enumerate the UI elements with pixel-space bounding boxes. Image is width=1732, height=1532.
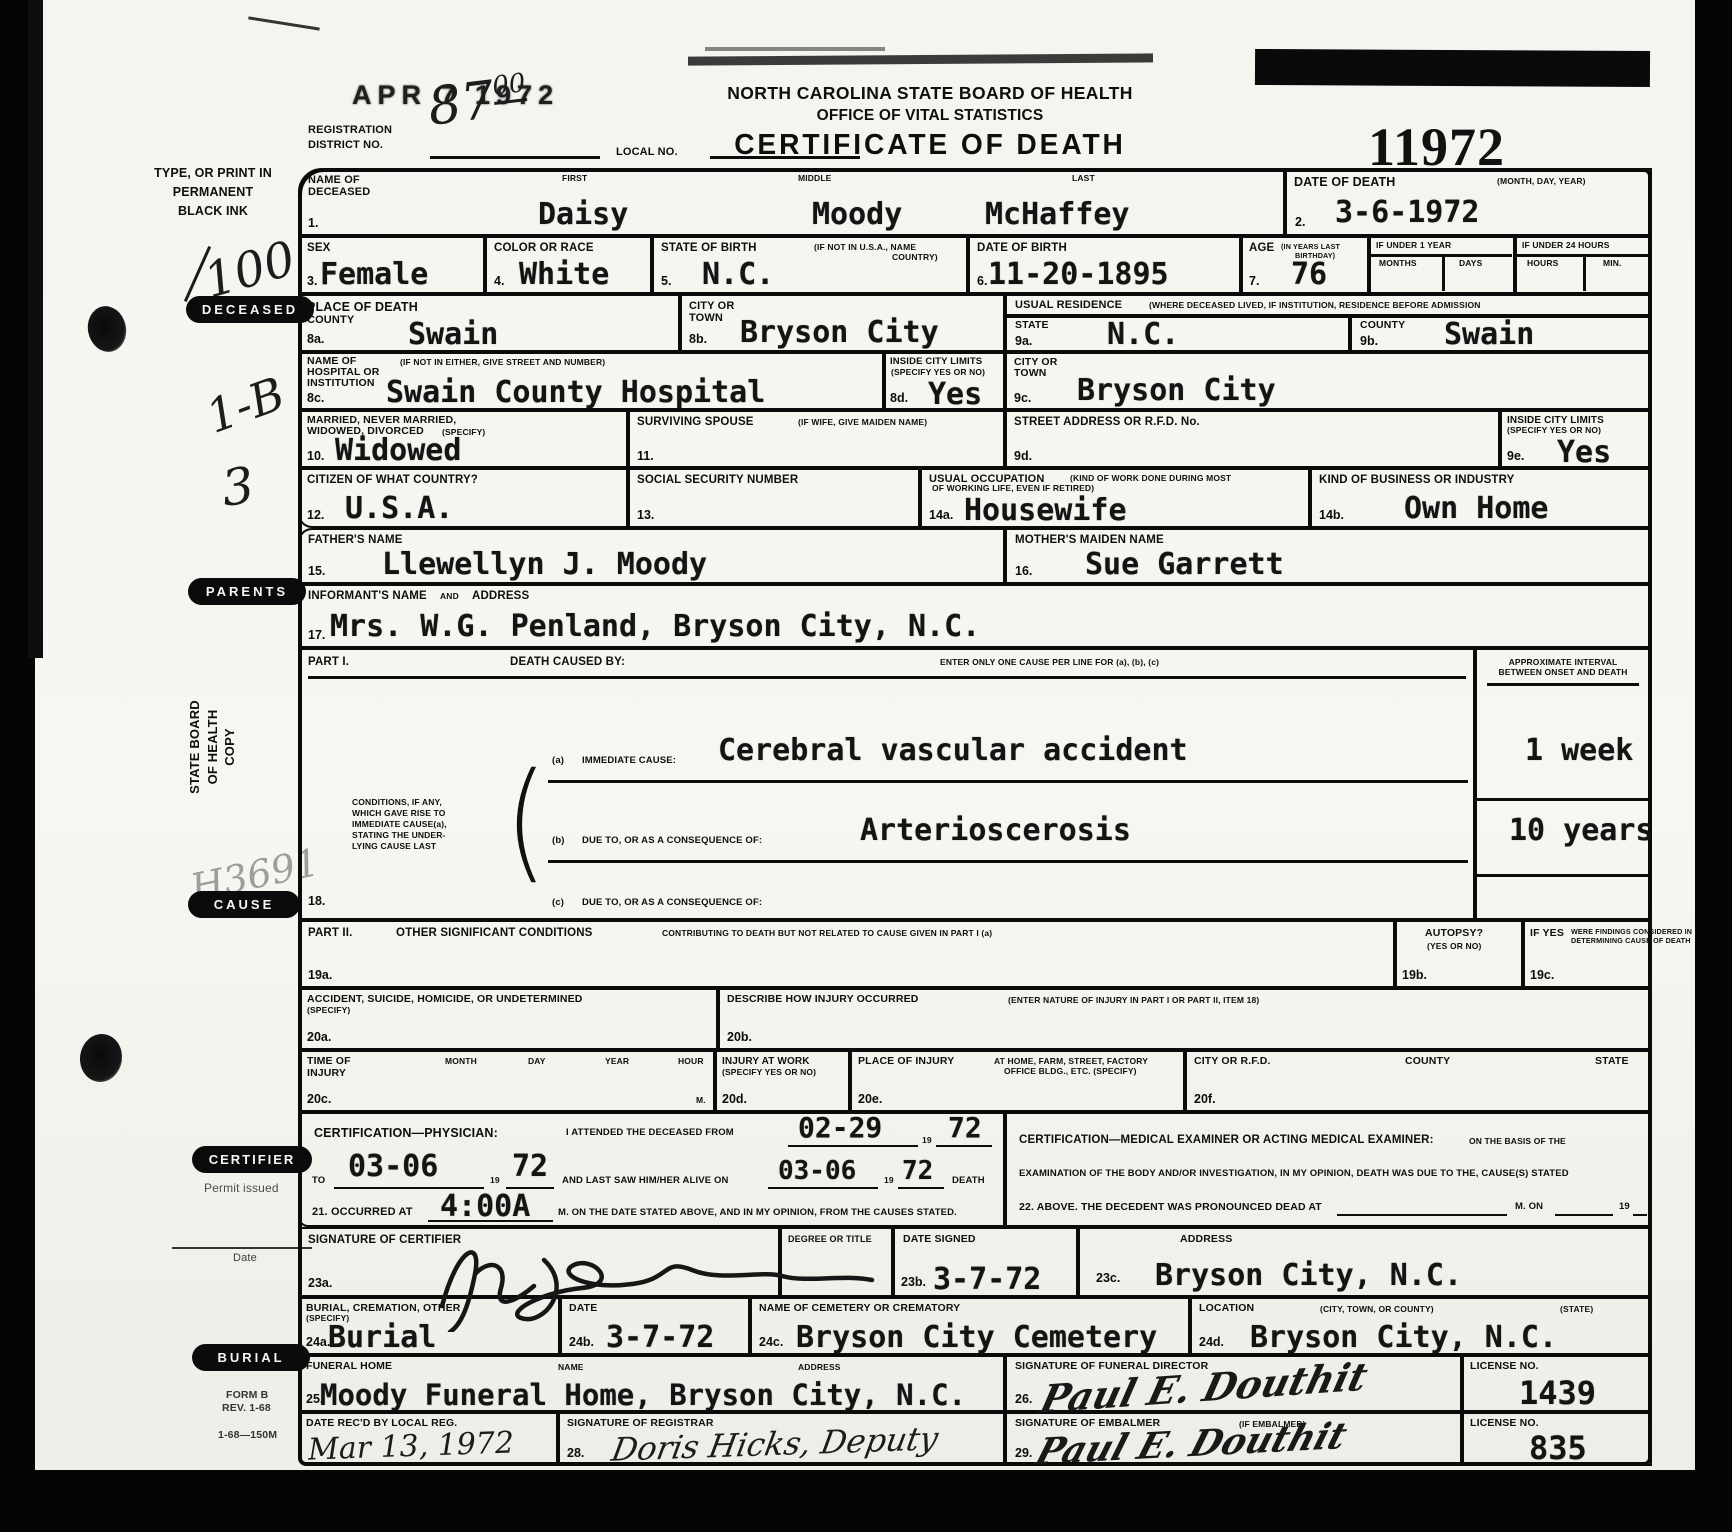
form-number-line2: REV. 1-68 [222, 1403, 271, 1415]
findings-number: 19c. [1530, 968, 1554, 982]
findings-sub1: WERE FINDINGS CONSIDERED IN [1571, 928, 1692, 936]
license2-value: 835 [1529, 1432, 1587, 1464]
redaction-bar [1255, 49, 1650, 87]
field-citizen: CITIZEN OF WHAT COUNTRY? 12. U.S.A. [298, 468, 628, 528]
certification-medical-examiner: CERTIFICATION—MEDICAL EXAMINER OR ACTING… [1005, 1112, 1652, 1227]
margin-date-line [172, 1247, 312, 1249]
me-basis: ON THE BASIS OF THE [1469, 1137, 1566, 1147]
tab-cause: CAUSE [188, 891, 300, 918]
causeA-line [548, 780, 1468, 783]
part1-enter-note: ENTER ONLY ONE CAUSE PER LINE FOR (a), (… [940, 658, 1159, 668]
interval-divider1 [1477, 798, 1649, 801]
field-inside-city-8d: INSIDE CITY LIMITS (SPECIFY YES OR NO) 8… [884, 352, 1005, 410]
interval-header2: BETWEEN ONSET AND DEATH [1477, 668, 1649, 678]
injury-work-label: INJURY AT WORK [722, 1056, 810, 1067]
conditions-line5: LYING CAUSE LAST [352, 842, 436, 852]
cert-from-value: 02-29 [798, 1114, 882, 1142]
copy-designation: STATE BOARD OF HEALTH COPY [158, 672, 268, 822]
cemetery-location-label: LOCATION [1199, 1303, 1254, 1315]
certifier-signature [420, 1232, 900, 1332]
age-value: 76 [1291, 260, 1327, 290]
county8a-number: 8a. [307, 332, 324, 346]
name-label2: DECEASED [308, 186, 370, 198]
city8b-label1: CITY OR [689, 300, 734, 312]
part1-caused-by: DEATH CAUSED BY: [510, 656, 625, 669]
tab-deceased: DECEASED [186, 296, 314, 323]
citizen-label: CITIZEN OF WHAT COUNTRY? [307, 474, 478, 487]
part2-sub: CONTRIBUTING TO DEATH BUT NOT RELATED TO… [662, 929, 992, 939]
field-injury-location: CITY OR R.F.D. COUNTY STATE 20f. [1185, 1050, 1652, 1112]
field-name: NAME OF DECEASED FIRST MIDDLE LAST 1. Da… [298, 168, 1285, 236]
certification-physician: CERTIFICATION—PHYSICIAN: I ATTENDED THE … [298, 1112, 1005, 1227]
name-label1: NAME OF [308, 174, 360, 186]
cert-phys-label: CERTIFICATION—PHYSICIAN: [314, 1126, 498, 1140]
informant-value: Mrs. W.G. Penland, Bryson City, N.C. [330, 612, 980, 642]
hosp-sub: (IF NOT IN EITHER, GIVE STREET AND NUMBE… [400, 358, 605, 368]
field-business: KIND OF BUSINESS OR INDUSTRY 14b. Own Ho… [1310, 468, 1652, 528]
cert-to-19: 19 [490, 1176, 500, 1186]
causeA-value: Cerebral vascular accident [718, 736, 1188, 766]
cert-saw-label: AND LAST SAW HIM/HER ALIVE ON [562, 1176, 729, 1187]
how-injury-number: 20b. [727, 1030, 752, 1044]
spouse-number: 11. [637, 449, 654, 463]
mother-number: 16. [1015, 564, 1032, 578]
race-label: COLOR OR RACE [494, 242, 594, 255]
u24-label: IF UNDER 24 HOURS [1522, 241, 1610, 251]
sob-label: STATE OF BIRTH [661, 242, 757, 255]
conditions-line4: STATING THE UNDER- [352, 831, 446, 841]
field-registrar-signature: SIGNATURE OF REGISTRAR 28. Doris Hicks, … [558, 1412, 1005, 1466]
causeB-value: Arterioscerosis [860, 816, 1131, 846]
father-value: Llewellyn J. Moody [382, 550, 707, 580]
dod-sub: (MONTH, DAY, YEAR) [1497, 177, 1586, 187]
field-license2: LICENSE NO. 835 [1462, 1412, 1652, 1466]
how-injury-sub: (ENTER NATURE OF INJURY IN PART I OR PAR… [1008, 996, 1259, 1006]
city8b-value: Bryson City [740, 318, 939, 348]
field-state9a: STATE 9a. N.C. [1005, 316, 1350, 352]
date-signed-value: 3-7-72 [933, 1265, 1041, 1295]
cert-saw-19: 19 [884, 1176, 894, 1186]
form-title-block: NORTH CAROLINA STATE BOARD OF HEALTH OFF… [650, 84, 1210, 161]
form-number-line3: 1-68—150M [218, 1430, 277, 1442]
dob-number: 6. [977, 274, 987, 288]
autopsy-number: 19b. [1402, 968, 1427, 982]
date-signed-label: DATE SIGNED [903, 1234, 976, 1246]
ink-instruction-line1: TYPE, OR PRINT IN [150, 166, 276, 180]
registration-label-line2: DISTRICT NO. [308, 139, 383, 151]
cemetery-location-number: 24d. [1199, 1335, 1224, 1349]
age-number: 7. [1249, 274, 1259, 288]
registration-label-line1: REGISTRATION [308, 124, 392, 136]
part2-label: PART II. [308, 927, 352, 940]
cert-saw-year-line [898, 1187, 944, 1189]
icl9e-number: 9e. [1507, 449, 1524, 463]
county9b-number: 9b. [1360, 334, 1378, 348]
field-injury-at-work: INJURY AT WORK (SPECIFY YES OR NO) 20d. [715, 1050, 850, 1112]
title-line2: OFFICE OF VITAL STATISTICS [650, 107, 1210, 124]
field-mother: MOTHER'S MAIDEN NAME 16. Sue Garrett [1005, 528, 1652, 584]
tab-certifier: CERTIFIER [192, 1146, 312, 1173]
registration-district-main: 87 [425, 70, 498, 138]
injury-work-number: 20d. [722, 1092, 747, 1106]
u1-months-label: MONTHS [1379, 259, 1417, 269]
cert-from-line [788, 1145, 918, 1147]
funeral-home-value: Moody Funeral Home, Bryson City, N.C. [320, 1381, 966, 1410]
copy-line2: OF HEALTH [206, 672, 221, 822]
name-number: 1. [308, 216, 318, 230]
part1-number18: 18. [308, 894, 325, 908]
time-injury-month: MONTH [445, 1057, 477, 1067]
occ-sub1: (KIND OF WORK DONE DURING MOST [1070, 474, 1231, 484]
field-father: FATHER'S NAME 15. Llewellyn J. Moody [298, 528, 1005, 584]
copy-line1: STATE BOARD [188, 672, 203, 822]
black-band-bottom [0, 1470, 1732, 1532]
cert-time-line [428, 1220, 553, 1222]
tab-burial: BURIAL [192, 1344, 310, 1371]
accident-sub: (SPECIFY) [307, 1006, 350, 1016]
me-line3: 22. ABOVE. THE DECEDENT WAS PRONOUNCED D… [1019, 1202, 1322, 1214]
cert-saw-value: 03-06 [778, 1158, 856, 1184]
age-sub1: (IN YEARS LAST [1281, 243, 1340, 251]
permit-issued-note: Permit issued [204, 1182, 279, 1195]
mother-value: Sue Garrett [1085, 550, 1284, 580]
death-certificate-scan: APR 7 1972 REGISTRATION DISTRICT NO. 870… [0, 0, 1732, 1532]
field-cemetery-location: LOCATION (CITY, TOWN, OR COUNTY) (STATE)… [1190, 1297, 1652, 1355]
dod-value: 3-6-1972 [1335, 198, 1480, 228]
registrar-number: 28. [567, 1446, 584, 1460]
name-col-first: FIRST [562, 174, 587, 184]
sob-value: N.C. [702, 260, 774, 290]
field-race: COLOR OR RACE 4. White [485, 236, 652, 294]
city9c-value: Bryson City [1077, 376, 1276, 406]
license1-label: LICENSE NO. [1470, 1361, 1539, 1373]
state9a-number: 9a. [1015, 334, 1032, 348]
field-occupation: USUAL OCCUPATION (KIND OF WORK DONE DURI… [920, 468, 1310, 528]
field-autopsy: AUTOPSY? (YES OR NO) 19b. [1395, 920, 1523, 988]
usual-residence-header: USUAL RESIDENCE (WHERE DECEASED LIVED, I… [1005, 294, 1652, 316]
hosp-value: Swain County Hospital [386, 378, 765, 408]
county8a-label: COUNTY [307, 314, 354, 326]
time-injury-label1: TIME OF [307, 1056, 351, 1068]
spouse-sub: (IF WIFE, GIVE MAIDEN NAME) [798, 418, 927, 428]
field-license1: LICENSE NO. 1439 [1462, 1355, 1652, 1412]
city9c-label2: TOWN [1014, 368, 1047, 380]
dod-label: DATE OF DEATH [1294, 175, 1395, 189]
field-funeral-home: FUNERAL HOME NAME ADDRESS 25. Moody Fune… [298, 1355, 1005, 1412]
pod-label: PLACE OF DEATH [307, 300, 418, 314]
icl8d-number: 8d. [890, 391, 908, 405]
occ-value: Housewife [964, 496, 1127, 526]
funeral-home-label: FUNERAL HOME [306, 1361, 392, 1373]
conditions-line2: WHICH GAVE RISE TO [352, 809, 446, 819]
burial-type-number: 24a. [306, 1335, 330, 1349]
conditions-line1: CONDITIONS, IF ANY, [352, 798, 442, 808]
cert-from-year: 72 [948, 1114, 982, 1142]
conditions-brace: ( [505, 757, 547, 887]
certifier-address-value: Bryson City, N.C. [1155, 1261, 1462, 1291]
ink-instruction: TYPE, OR PRINT IN PERMANENT BLACK INK [150, 166, 276, 218]
interval-a-value: 1 week [1525, 736, 1633, 766]
field-place-of-death-county: PLACE OF DEATH COUNTY 8a. Swain [298, 294, 680, 352]
copy-line3: COPY [223, 672, 238, 822]
funeral-director-number: 26. [1015, 1392, 1032, 1406]
ssn-number: 13. [637, 508, 654, 522]
license2-label: LICENSE NO. [1470, 1418, 1539, 1430]
u24-min-label: MIN. [1603, 259, 1622, 269]
certifier-address-number: 23c. [1096, 1271, 1120, 1285]
field-accident: ACCIDENT, SUICIDE, HOMICIDE, OR UNDETERM… [298, 988, 718, 1050]
certifier-address-label: ADDRESS [1180, 1234, 1232, 1246]
accident-number: 20a. [307, 1030, 331, 1044]
me-19-line [1633, 1214, 1647, 1216]
race-value: White [519, 260, 609, 290]
father-label: FATHER'S NAME [308, 534, 403, 547]
time-injury-day: DAY [528, 1057, 546, 1067]
causeB-letter: (b) [552, 836, 565, 847]
time-injury-hour: HOUR [678, 1057, 704, 1067]
biz-label: KIND OF BUSINESS OR INDUSTRY [1319, 474, 1514, 487]
cert-saw-line [768, 1187, 878, 1189]
field-if-under-1-year: IF UNDER 1 YEAR MONTHS DAYS [1369, 236, 1515, 294]
sob-sub2: COUNTRY) [892, 253, 938, 263]
race-number: 4. [494, 274, 504, 288]
sex-label: SEX [307, 242, 330, 255]
time-injury-number: 20c. [307, 1092, 331, 1106]
mother-label: MOTHER'S MAIDEN NAME [1015, 534, 1164, 547]
me-on-line [1555, 1214, 1613, 1216]
name-col-middle: MIDDLE [798, 174, 831, 184]
cert-to-value: 03-06 [348, 1152, 438, 1182]
handwritten-3: 3 [219, 460, 257, 514]
hosp-number: 8c. [307, 391, 324, 405]
causeA-letter: (a) [552, 756, 564, 767]
field-inside-city-9e: INSIDE CITY LIMITS (SPECIFY YES OR NO) 9… [1500, 410, 1652, 468]
interval-column: APPROXIMATE INTERVAL BETWEEN ONSET AND D… [1475, 648, 1652, 920]
field-county9b: COUNTY 9b. Swain [1350, 316, 1652, 352]
field-spouse: SURVIVING SPOUSE (IF WIFE, GIVE MAIDEN N… [628, 410, 1005, 468]
cemetery-location-value: Bryson City, N.C. [1250, 1323, 1557, 1353]
autopsy-label: AUTOPSY? [1425, 928, 1483, 940]
me-line2: EXAMINATION OF THE BODY AND/OR INVESTIGA… [1019, 1169, 1569, 1180]
age-label: AGE [1249, 242, 1274, 255]
field-city8b: CITY OR TOWN 8b. Bryson City [680, 294, 1005, 352]
field-place-of-injury: PLACE OF INJURY AT HOME, FARM, STREET, F… [850, 1050, 1185, 1112]
field-funeral-director-signature: SIGNATURE OF FUNERAL DIRECTOR 26. Paul E… [1005, 1355, 1462, 1412]
county9b-value: Swain [1444, 320, 1534, 350]
spouse-label: SURVIVING SPOUSE [637, 416, 754, 429]
biz-value: Own Home [1404, 494, 1549, 524]
injury-work-sub: (SPECIFY YES OR NO) [722, 1068, 816, 1078]
father-number: 15. [308, 564, 325, 578]
marital-number: 10. [307, 449, 324, 463]
informant-label1: INFORMANT'S NAME [308, 590, 427, 603]
field-date-received: DATE REC'D BY LOCAL REG. Mar 13, 1972 [298, 1412, 558, 1466]
part1-label: PART I. [308, 656, 349, 669]
injury-county-label: COUNTY [1405, 1056, 1450, 1068]
cemetery-number: 24c. [759, 1335, 783, 1349]
field-sex: SEX 3. Female [298, 236, 485, 294]
funeral-home-addr-label: ADDRESS [798, 1363, 841, 1373]
field-time-of-injury: TIME OF INJURY MONTH DAY YEAR HOUR 20c. … [298, 1050, 715, 1112]
res-sub: (WHERE DECEASED LIVED, IF INSTITUTION, R… [1149, 301, 1481, 311]
autopsy-sub: (YES OR NO) [1427, 942, 1482, 952]
occ-number: 14a. [929, 508, 953, 522]
title-line3: CERTIFICATE OF DEATH [658, 129, 1201, 161]
res-label: USUAL RESIDENCE [1015, 299, 1122, 311]
black-band-right [1695, 0, 1732, 1532]
accident-label: ACCIDENT, SUICIDE, HOMICIDE, OR UNDETERM… [307, 994, 583, 1006]
scan-bleed-streak2 [705, 47, 885, 51]
place-injury-number: 20e. [858, 1092, 882, 1106]
sex-number: 3. [307, 274, 317, 288]
field-state-of-birth: STATE OF BIRTH (IF NOT IN U.S.A., NAME C… [652, 236, 968, 294]
state9a-value: N.C. [1107, 320, 1179, 350]
cert-occurred-label: 21. OCCURRED AT [312, 1206, 413, 1218]
tab-parents: PARENTS [188, 578, 306, 605]
field-city9c: CITY OR TOWN 9c. Bryson City [1005, 352, 1652, 410]
interval-divider2 [1477, 874, 1649, 877]
date-signed-number: 23b. [901, 1275, 926, 1289]
informant-sub: AND [440, 592, 459, 602]
findings-sub2: DETERMINING CAUSE OF DEATH [1571, 937, 1691, 945]
form-number-line1: FORM B [226, 1390, 268, 1402]
field-date-of-birth: DATE OF BIRTH 6. 11-20-1895 [968, 236, 1241, 294]
cert-death-label: DEATH [952, 1176, 985, 1187]
cert-saw-year: 72 [902, 1158, 933, 1184]
part1-section: PART I. DEATH CAUSED BY: ENTER ONLY ONE … [298, 648, 1475, 920]
biz-number: 14b. [1319, 508, 1344, 522]
name-col-last: LAST [1072, 174, 1095, 184]
u1-days-label: DAYS [1459, 259, 1482, 269]
margin-date-label: Date [233, 1252, 257, 1264]
u1-label: IF UNDER 1 YEAR [1376, 241, 1451, 251]
part2-number: 19a. [308, 968, 332, 982]
burial-date-number: 24b. [569, 1335, 594, 1349]
city8b-label2: TOWN [689, 312, 723, 324]
field-date-signed: DATE SIGNED 23b. 3-7-72 [893, 1227, 1078, 1297]
field-street9d: STREET ADDRESS OR R.F.D. No. 9d. [1005, 410, 1500, 468]
dob-value: 11-20-1895 [988, 260, 1169, 290]
date-received-value: Mar 13, 1972 [308, 1428, 515, 1465]
county9b-label: COUNTY [1360, 320, 1405, 332]
dob-label: DATE OF BIRTH [977, 242, 1067, 255]
conditions-line3: IMMEDIATE CAUSE(a), [352, 820, 447, 830]
registrar-signature: Doris Hicks, Deputy [609, 1422, 940, 1466]
cemetery-location-sub1: (CITY, TOWN, OR COUNTY) [1320, 1305, 1434, 1315]
street9d-number: 9d. [1014, 449, 1032, 463]
place-injury-label: PLACE OF INJURY [858, 1056, 954, 1068]
citizen-number: 12. [307, 508, 324, 522]
citizen-value: U.S.A. [345, 494, 453, 524]
causeC-letter: (c) [552, 898, 564, 909]
icl9e-value: Yes [1557, 438, 1611, 468]
causeC-label: DUE TO, OR AS A CONSEQUENCE OF: [582, 898, 762, 909]
field-informant: INFORMANT'S NAME AND ADDRESS 17. Mrs. W.… [298, 584, 1652, 648]
license1-value: 1439 [1519, 1377, 1596, 1409]
hosp-label3: INSTITUTION [307, 378, 375, 390]
cert-to-label: TO [312, 1176, 325, 1187]
interval-header-rule [1487, 683, 1639, 686]
cert-to-year: 72 [512, 1152, 548, 1182]
part1-header-rule [308, 676, 1466, 679]
time-injury-label2: INJURY [307, 1068, 346, 1080]
how-injury-label: DESCRIBE HOW INJURY OCCURRED [727, 994, 918, 1006]
sig-certifier-number: 23a. [308, 1276, 332, 1290]
ssn-label: SOCIAL SECURITY NUMBER [637, 474, 798, 487]
part2-section: PART II. OTHER SIGNIFICANT CONDITIONS CO… [298, 920, 1395, 988]
causeB-line [548, 860, 1468, 863]
ink-instruction-line2: PERMANENT [150, 185, 276, 199]
county8a-value: Swain [408, 320, 498, 350]
informant-number: 17. [308, 628, 325, 642]
u24-col-divider [1583, 254, 1586, 291]
time-injury-year: YEAR [605, 1057, 629, 1067]
cert-attended: I ATTENDED THE DECEASED FROM [566, 1128, 734, 1139]
cert-time-value: 4:00A [440, 1192, 530, 1222]
field-age: AGE (IN YEARS LAST BIRTHDAY) 7. 76 [1241, 236, 1369, 294]
me-dead-at-line [1337, 1214, 1507, 1216]
funeral-home-name-label: NAME [558, 1363, 584, 1373]
field-if-under-24-hours: IF UNDER 24 HOURS HOURS MIN. [1515, 236, 1652, 294]
u24-hours-label: HOURS [1527, 259, 1558, 269]
city8b-number: 8b. [689, 332, 707, 346]
ink-instruction-line3: BLACK INK [150, 204, 276, 218]
street9d-label: STREET ADDRESS OR R.F.D. No. [1014, 416, 1200, 429]
name-first-value: Daisy [538, 200, 628, 230]
cemetery-location-sub2: (STATE) [1560, 1305, 1593, 1315]
dod-number: 2. [1295, 215, 1305, 229]
cert-from-19: 19 [922, 1136, 932, 1146]
field-findings: IF YES WERE FINDINGS CONSIDERED IN DETER… [1523, 920, 1652, 988]
field-how-injury: DESCRIBE HOW INJURY OCCURRED (ENTER NATU… [718, 988, 1652, 1050]
cert-occurred2: M. ON THE DATE STATED ABOVE, AND IN MY O… [558, 1208, 957, 1219]
interval-b-value: 10 years [1509, 816, 1654, 846]
field-marital: MARRIED, NEVER MARRIED, WIDOWED, DIVORCE… [298, 410, 628, 468]
me-label: CERTIFICATION—MEDICAL EXAMINER OR ACTING… [1019, 1134, 1434, 1147]
findings-label: IF YES [1530, 928, 1564, 940]
field-hospital: NAME OF HOSPITAL OR INSTITUTION (IF NOT … [298, 352, 884, 410]
city9c-number: 9c. [1014, 391, 1031, 405]
field-embalmer-signature: SIGNATURE OF EMBALMER (IF EMBALMED) 29. … [1005, 1412, 1462, 1466]
registration-district-sup: 00 [491, 68, 528, 105]
place-injury-sub2: OFFICE BLDG., ETC. (SPECIFY) [1004, 1067, 1137, 1077]
time-injury-m: M. [696, 1096, 706, 1106]
registration-blank-line [430, 156, 600, 159]
marital-value: Widowed [335, 436, 461, 466]
state9a-label: STATE [1015, 320, 1049, 332]
injury-state-label: STATE [1595, 1056, 1629, 1068]
cert-from-year-line [936, 1145, 992, 1147]
me-19: 19 [1619, 1202, 1630, 1213]
injury-location-number: 20f. [1194, 1092, 1216, 1106]
injury-cityrfd-label: CITY OR R.F.D. [1194, 1056, 1271, 1068]
field-ssn: SOCIAL SECURITY NUMBER 13. [628, 468, 920, 528]
name-last-value: McHaffey [985, 200, 1130, 230]
sob-number: 5. [661, 274, 671, 288]
field-certifier-address: ADDRESS 23c. Bryson City, N.C. [1078, 1227, 1652, 1297]
informant-label2: ADDRESS [472, 590, 529, 603]
part2-title: OTHER SIGNIFICANT CONDITIONS [396, 927, 593, 940]
u1-col-divider [1442, 254, 1445, 291]
me-m-on: M. ON [1515, 1202, 1543, 1213]
name-middle-value: Moody [812, 200, 902, 230]
icl8d-value: Yes [928, 380, 982, 410]
causeA-label: IMMEDIATE CAUSE: [582, 756, 676, 767]
scan-edge-strip [28, 0, 43, 658]
field-date-of-death: DATE OF DEATH (MONTH, DAY, YEAR) 2. 3-6-… [1285, 168, 1652, 236]
causeB-label: DUE TO, OR AS A CONSEQUENCE OF: [582, 836, 762, 847]
embalmer-number: 29. [1015, 1446, 1032, 1460]
